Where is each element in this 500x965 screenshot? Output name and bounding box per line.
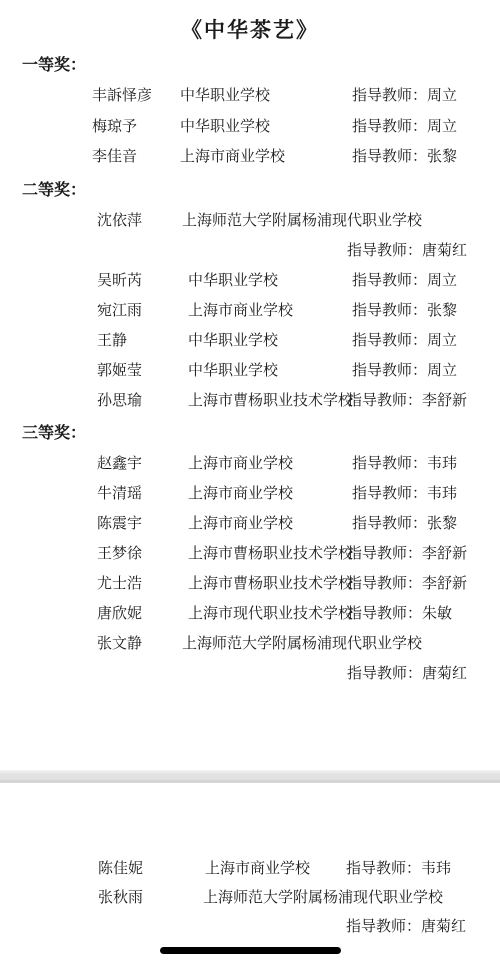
advisor-text: 指导教师：李舒新 xyxy=(347,574,467,594)
winner-school: 上海师范大学附属杨浦现代职业学校 xyxy=(182,211,422,231)
home-indicator[interactable] xyxy=(160,947,341,954)
winner-name: 梅琼予 xyxy=(92,117,137,137)
winner-school: 上海市商业学校 xyxy=(205,859,310,879)
winner-name: 张文静 xyxy=(97,634,142,654)
winner-school: 上海市曹杨职业技术学校 xyxy=(188,391,353,411)
advisor-text: 指导教师：韦玮 xyxy=(352,484,457,504)
winner-school: 中华职业学校 xyxy=(188,361,278,381)
document-viewer: 《中华茶艺》 一等奖：丰訴怿彦中华职业学校指导教师：周立梅琼予中华职业学校指导教… xyxy=(0,0,500,965)
winner-name: 沈依萍 xyxy=(97,211,142,231)
advisor-text: 指导教师：周立 xyxy=(352,361,457,381)
winner-name: 李佳音 xyxy=(92,147,137,167)
section-label: 三等奖： xyxy=(22,424,86,443)
advisor-text: 指导教师：李舒新 xyxy=(347,544,467,564)
winner-name: 赵鑫宇 xyxy=(97,454,142,474)
winner-school: 上海师范大学附属杨浦现代职业学校 xyxy=(182,634,422,654)
advisor-text: 指导教师：周立 xyxy=(352,271,457,291)
winner-name: 郭姬莹 xyxy=(97,361,142,381)
winner-name: 陈震宇 xyxy=(97,514,142,534)
document-page-1: 《中华茶艺》 一等奖：丰訴怿彦中华职业学校指导教师：周立梅琼予中华职业学校指导教… xyxy=(0,0,500,770)
advisor-text: 指导教师：周立 xyxy=(352,331,457,351)
winner-school: 中华职业学校 xyxy=(188,271,278,291)
winner-name: 吴昕芮 xyxy=(97,271,142,291)
winner-name: 宛江雨 xyxy=(97,301,142,321)
advisor-text: 指导教师：张黎 xyxy=(352,514,457,534)
advisor-text: 指导教师：唐菊红 xyxy=(347,241,467,261)
section-label: 二等奖： xyxy=(22,181,86,200)
document-page-2: 陈佳妮上海市商业学校指导教师：韦玮张秋雨上海师范大学附属杨浦现代职业学校指导教师… xyxy=(0,783,500,965)
section-label: 一等奖： xyxy=(22,56,86,75)
page-separator xyxy=(0,770,500,783)
advisor-text: 指导教师：李舒新 xyxy=(347,391,467,411)
winner-name: 孙思瑜 xyxy=(97,391,142,411)
winner-school: 上海市商业学校 xyxy=(188,514,293,534)
advisor-text: 指导教师：韦玮 xyxy=(346,859,451,879)
winner-name: 张秋雨 xyxy=(98,888,143,908)
winner-school: 上海市现代职业技术学校 xyxy=(188,604,353,624)
winner-name: 陈佳妮 xyxy=(98,859,143,879)
winner-school: 上海市商业学校 xyxy=(188,454,293,474)
winner-name: 丰訴怿彦 xyxy=(92,86,152,106)
advisor-text: 指导教师：张黎 xyxy=(352,147,457,167)
winner-school: 中华职业学校 xyxy=(180,86,270,106)
winner-school: 中华职业学校 xyxy=(180,117,270,137)
winner-school: 中华职业学校 xyxy=(188,331,278,351)
winner-school: 上海市商业学校 xyxy=(188,301,293,321)
advisor-text: 指导教师：周立 xyxy=(352,117,457,137)
advisor-text: 指导教师：朱敏 xyxy=(347,604,452,624)
advisor-text: 指导教师：张黎 xyxy=(352,301,457,321)
advisor-text: 指导教师：韦玮 xyxy=(352,454,457,474)
winner-name: 王梦徐 xyxy=(97,544,142,564)
winner-school: 上海市商业学校 xyxy=(180,147,285,167)
winner-school: 上海市曹杨职业技术学校 xyxy=(188,574,353,594)
winner-name: 尤士浩 xyxy=(97,574,142,594)
winner-name: 王静 xyxy=(97,331,127,351)
page-title: 《中华茶艺》 xyxy=(0,17,500,43)
advisor-text: 指导教师：周立 xyxy=(352,86,457,106)
winner-school: 上海师范大学附属杨浦现代职业学校 xyxy=(203,888,443,908)
winner-school: 上海市商业学校 xyxy=(188,484,293,504)
advisor-text: 指导教师：唐菊红 xyxy=(347,664,467,684)
winner-school: 上海市曹杨职业技术学校 xyxy=(188,544,353,564)
winner-name: 牛清瑶 xyxy=(97,484,142,504)
advisor-text: 指导教师：唐菊红 xyxy=(346,917,466,937)
winner-name: 唐欣妮 xyxy=(97,604,142,624)
